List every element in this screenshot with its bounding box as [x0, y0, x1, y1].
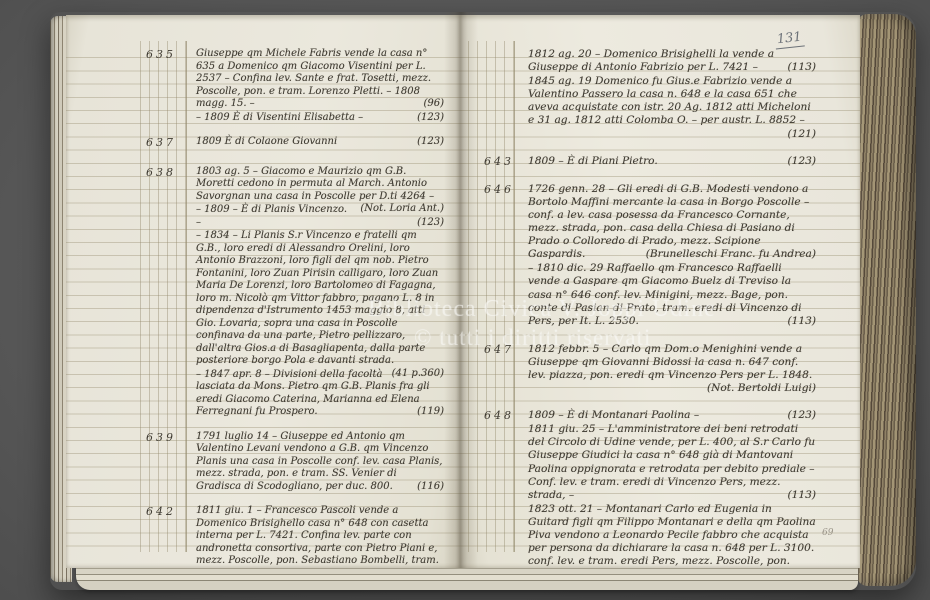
ledger-entry: 6461726 genn. 28 – Gli eredi di G.B. Mod…: [484, 183, 816, 329]
archive-reference: (113): [780, 315, 817, 328]
entry-body: 1811 giu. 1 – Francesco Pascoli vende a …: [196, 505, 444, 568]
ledger-entry: 6431809 – È di Piani Pietro. (123): [484, 155, 816, 169]
ledger-entry: 6421811 giu. 1 – Francesco Pascoli vende…: [146, 505, 444, 568]
archive-reference: (Brunelleschi Franc. fu Andrea): [638, 248, 816, 261]
entry-paragraph: 1812 ag. 20 – Domenico Brisighelli la ve…: [528, 48, 816, 74]
archive-reference: (96): [415, 98, 444, 111]
entries-column-right: 1812 ag. 20 – Domenico Brisighelli la ve…: [484, 48, 816, 568]
entry-paragraph: 1791 luglio 14 – Giuseppe ed Antonio qm …: [196, 431, 444, 494]
entry-paragraph: Giuseppe qm Michele Fabris vende la casa…: [196, 48, 444, 111]
pencil-note: 69: [822, 528, 833, 538]
entry-number: 635: [146, 48, 196, 61]
ledger-page-right: 131 1812 ag. 20 – Domenico Brisighelli l…: [460, 15, 860, 568]
ledger-entry: 6481809 – È di Montanari Paolina – (123)…: [484, 409, 816, 568]
entry-paragraph: 1809 – È di Montanari Paolina – (123): [528, 409, 816, 422]
entry-paragraph: 1823 ott. 21 – Montanari Carlo ed Eugeni…: [528, 503, 816, 568]
archive-reference: (123): [409, 112, 444, 125]
archive-reference: (119): [409, 406, 444, 419]
archive-reference: (123): [780, 155, 817, 168]
entry-paragraph: – 1834 – Li Planis S.r Vincenzo e fratel…: [196, 230, 444, 368]
archive-reference: (123): [780, 409, 817, 422]
archive-reference: (123): [409, 217, 444, 230]
entries-column-left: 635Giuseppe qm Michele Fabris vende la c…: [146, 48, 444, 568]
entry-number: 638: [146, 166, 196, 179]
entry-body: 1812 ag. 20 – Domenico Brisighelli la ve…: [528, 48, 816, 141]
entry-body: 1809 È di Colaone Giovanni (123): [196, 136, 444, 150]
entry-number: 646: [484, 183, 528, 196]
archive-reference: (123): [409, 136, 444, 149]
entry-number: 647: [484, 343, 528, 356]
archive-reference: (113): [780, 61, 817, 74]
archive-reference: (121): [780, 128, 817, 141]
folio-number: 131: [774, 30, 804, 50]
entry-paragraph: – 1809 È di Visentini Elisabetta – (123): [196, 112, 444, 125]
archive-reference: (116): [409, 481, 444, 494]
entry-body: 1809 – È di Montanari Paolina – (123)181…: [528, 409, 816, 568]
archive-reference: (113): [780, 489, 817, 502]
entry-body: 1812 febbr. 5 – Carlo qm Dom.o Menighini…: [528, 343, 816, 395]
ledger-entry: 6471812 febbr. 5 – Carlo qm Dom.o Menigh…: [484, 343, 816, 395]
entry-body: 1803 ag. 5 – Giacomo e Maurizio qm G.B. …: [196, 166, 444, 420]
entry-paragraph: – 1810 dic. 29 Raffaello qm Francesco Ra…: [528, 262, 816, 327]
ledger-entry: 635Giuseppe qm Michele Fabris vende la c…: [146, 48, 444, 125]
entry-paragraph: 1809 È di Colaone Giovanni (123): [196, 136, 444, 149]
entry-paragraph: 1845 ag. 19 Domenico fu Gius.e Fabrizio …: [528, 75, 816, 127]
entry-body: 1726 genn. 28 – Gli eredi di G.B. Modest…: [528, 183, 816, 329]
entry-number: 643: [484, 155, 528, 168]
entry-paragraph: 1811 giu. 25 – L'amministratore dei beni…: [528, 423, 816, 502]
entry-paragraph: 1809 – È di Piani Pietro. (123): [528, 155, 816, 168]
archive-reference: (Not. Loria Ant.): [352, 203, 444, 216]
entry-paragraph: 1726 genn. 28 – Gli eredi di G.B. Modest…: [528, 183, 816, 262]
entry-number: 637: [146, 136, 196, 149]
entry-number: 648: [484, 409, 528, 422]
ledger-entry: 1812 ag. 20 – Domenico Brisighelli la ve…: [484, 48, 816, 141]
ledger-entry: 6371809 È di Colaone Giovanni (123): [146, 136, 444, 150]
ledger-entry: 6381803 ag. 5 – Giacomo e Maurizio qm G.…: [146, 166, 444, 420]
page-stack-right-edge: [856, 14, 916, 586]
ledger-entry: 6391791 luglio 14 – Giuseppe ed Antonio …: [146, 431, 444, 495]
archive-reference: (102): [409, 568, 444, 569]
photo-backdrop: 635Giuseppe qm Michele Fabris vende la c…: [0, 0, 930, 600]
entry-body: 1809 – È di Piani Pietro. (123): [528, 155, 816, 169]
ledger-page-left: 635Giuseppe qm Michele Fabris vende la c…: [66, 15, 460, 568]
archive-reference: (Not. Bertoldi Luigi): [699, 382, 816, 395]
entry-body: Giuseppe qm Michele Fabris vende la casa…: [196, 48, 444, 125]
archive-reference: (41 p.360): [384, 368, 444, 381]
entry-body: 1791 luglio 14 – Giuseppe ed Antonio qm …: [196, 431, 444, 495]
entry-number: 639: [146, 431, 196, 444]
ledger-book: 635Giuseppe qm Michele Fabris vende la c…: [50, 12, 916, 590]
entry-paragraph: 1811 giu. 1 – Francesco Pascoli vende a …: [196, 505, 444, 568]
entry-paragraph: 1812 febbr. 5 – Carlo qm Dom.o Menighini…: [528, 343, 816, 382]
entry-paragraph: 1803 ag. 5 – Giacomo e Maurizio qm G.B. …: [196, 166, 444, 204]
entry-number: 642: [146, 505, 196, 518]
